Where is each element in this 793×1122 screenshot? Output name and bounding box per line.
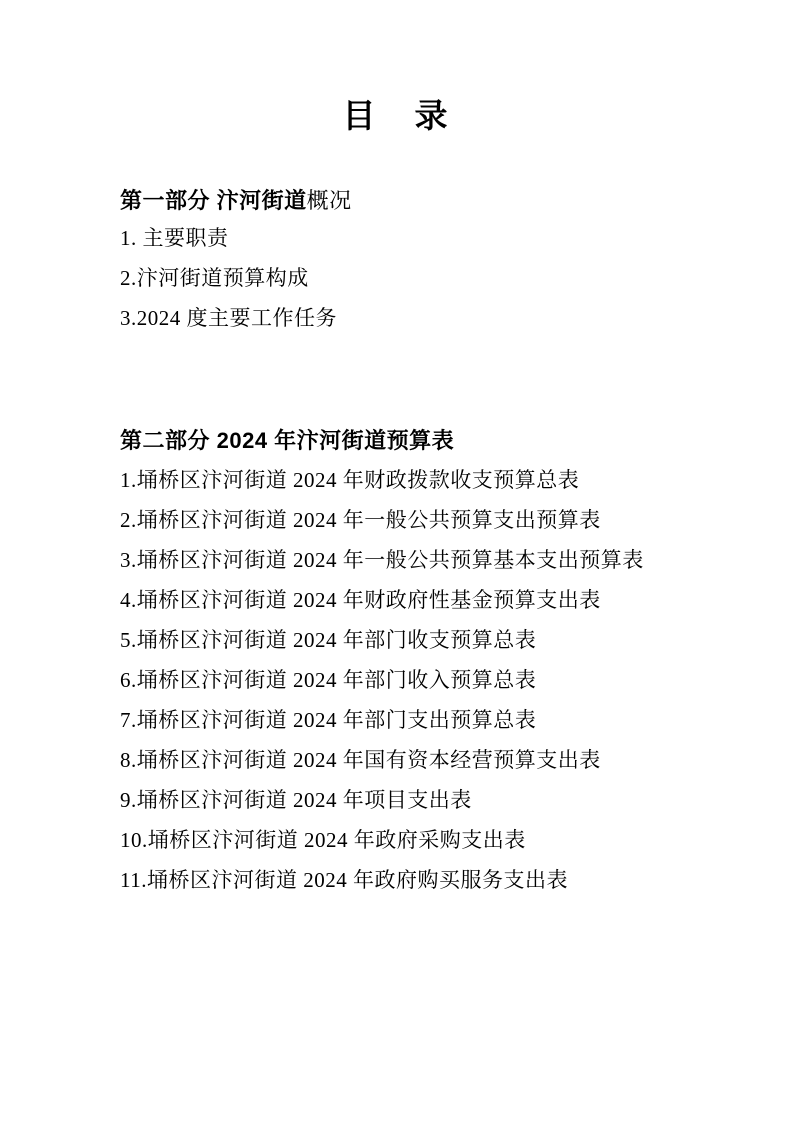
section-2-toc-list: 1.埇桥区汴河街道 2024 年财政拨款收支预算总表 2.埇桥区汴河街道 202… bbox=[120, 460, 793, 900]
toc-entry: 7.埇桥区汴河街道 2024 年部门支出预算总表 bbox=[120, 700, 793, 740]
section-2-heading: 第二部分 2024 年汴河街道预算表 bbox=[120, 426, 793, 456]
toc-entry: 4.埇桥区汴河街道 2024 年财政府性基金预算支出表 bbox=[120, 580, 793, 620]
toc-entry: 2.埇桥区汴河街道 2024 年一般公共预算支出预算表 bbox=[120, 500, 793, 540]
document-page: 目 录 第一部分 汴河街道概况 1. 主要职责 2.汴河街道预算构成 3.202… bbox=[0, 0, 793, 1122]
toc-entry: 3.2024 度主要工作任务 bbox=[120, 298, 793, 338]
toc-entry: 6.埇桥区汴河街道 2024 年部门收入预算总表 bbox=[120, 660, 793, 700]
page-title: 目 录 bbox=[0, 96, 793, 136]
toc-entry: 3.埇桥区汴河街道 2024 年一般公共预算基本支出预算表 bbox=[120, 540, 793, 580]
toc-entry: 1.埇桥区汴河街道 2024 年财政拨款收支预算总表 bbox=[120, 460, 793, 500]
toc-entry: 1. 主要职责 bbox=[120, 218, 793, 258]
section-1-heading: 第一部分 汴河街道概况 bbox=[120, 186, 793, 216]
toc-entry: 10.埇桥区汴河街道 2024 年政府采购支出表 bbox=[120, 820, 793, 860]
toc-entry: 5.埇桥区汴河街道 2024 年部门收支预算总表 bbox=[120, 620, 793, 660]
toc-entry: 2.汴河街道预算构成 bbox=[120, 258, 793, 298]
section-1-heading-bold: 第一部分 汴河街道 bbox=[120, 188, 307, 213]
section-2-heading-bold: 第二部分 2024 年汴河街道预算表 bbox=[120, 428, 454, 453]
toc-entry: 8.埇桥区汴河街道 2024 年国有资本经营预算支出表 bbox=[120, 740, 793, 780]
toc-entry: 11.埇桥区汴河街道 2024 年政府购买服务支出表 bbox=[120, 860, 793, 900]
section-1-heading-regular: 概况 bbox=[307, 188, 352, 213]
section-1-toc-list: 1. 主要职责 2.汴河街道预算构成 3.2024 度主要工作任务 bbox=[120, 218, 793, 338]
toc-entry: 9.埇桥区汴河街道 2024 年项目支出表 bbox=[120, 780, 793, 820]
